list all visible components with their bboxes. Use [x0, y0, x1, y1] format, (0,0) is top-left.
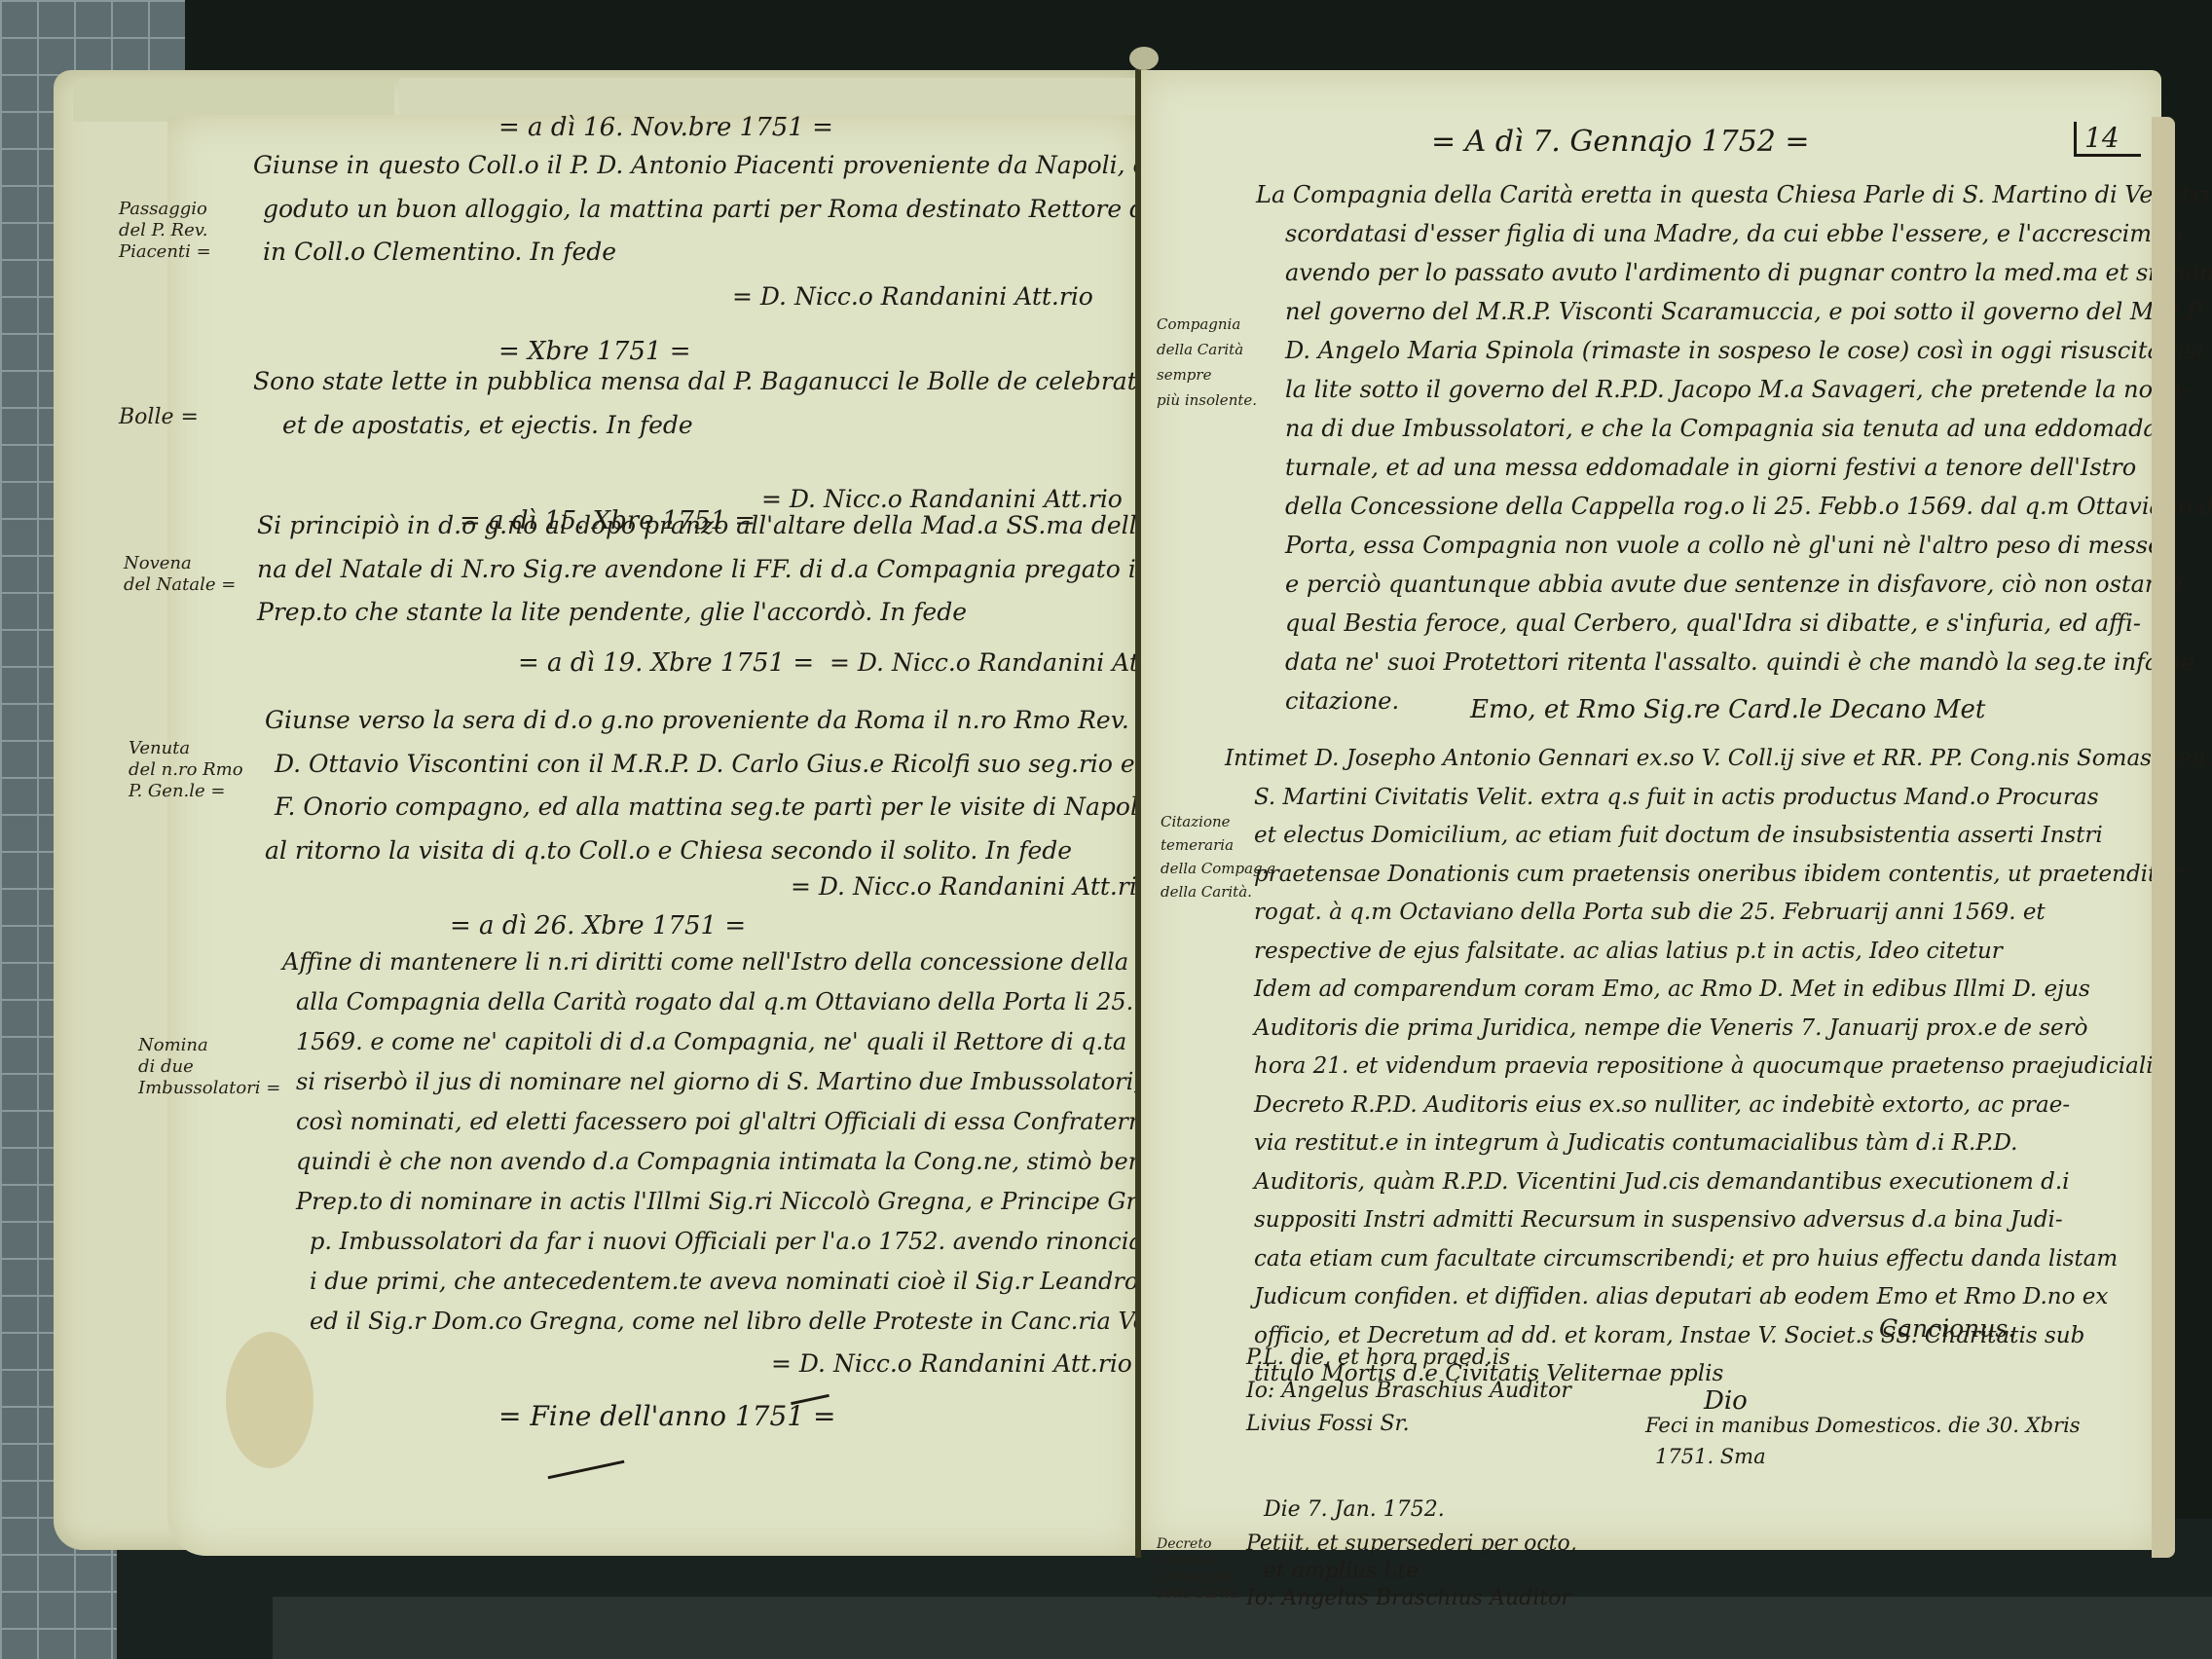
signature: = D. Nicc.o Randanini Att.rio	[791, 872, 1152, 901]
citation-signature: Cancionus.	[1879, 1314, 2015, 1343]
flourish	[548, 1460, 625, 1480]
citation-heading: Emo, et Rmo Sig.re Card.le Decano Met	[1470, 695, 1985, 724]
execution-note: Feci in manibus Domesticos. die 30. Xbri…	[1645, 1410, 2081, 1472]
entry-date: = a dì 19. Xbre 1751 =	[518, 648, 814, 678]
signature: = D. Nicc.o Randanini Att.rio	[771, 1349, 1132, 1378]
margin-note: Venuta del n.ro Rmo P. Gen.le =	[129, 738, 243, 802]
entry-date: = a dì 16. Nov.bre 1751 =	[498, 113, 833, 142]
margin-note: Decreto contro la Compagnia della Carità…	[1157, 1536, 1242, 1603]
right-page: = A dì 7. Gennajo 1752 = Compagnia della…	[1139, 70, 2161, 1550]
book-spine-gutter	[1135, 58, 1141, 1558]
decree-date: Die 7. Jan. 1752.	[1264, 1497, 1445, 1522]
citation-text: Intimet D. Josepho Antonio Gennari ex.so…	[1225, 740, 2212, 1394]
cover-edge	[399, 78, 1159, 117]
margin-note: Nomina di due Imbussolatori =	[138, 1035, 280, 1099]
book-stand	[273, 1597, 2212, 1659]
left-page: = a dì 16. Nov.bre 1751 = Passaggio del …	[167, 115, 1141, 1556]
signature: = D. Nicc.o Randanini Att.rio	[732, 282, 1093, 311]
binding-knot	[1129, 47, 1159, 70]
narrative-text: La Compagnia della Carità eretta in ques…	[1256, 175, 2212, 720]
water-stain	[226, 1332, 313, 1468]
year-closing: = Fine dell'anno 1751 =	[498, 1400, 836, 1432]
page-number: 14	[2074, 122, 2141, 157]
margin-note: Bolle =	[119, 407, 199, 428]
margin-note: Passaggio del P. Rev. Piacenti =	[119, 199, 211, 263]
entry-text: Giunse in questo Coll.o il P. D. Antonio…	[253, 144, 1277, 275]
notary-text: P.L. die, et hora praed.is Io: Angelus B…	[1246, 1342, 1571, 1441]
entry-text: Sono state lette in pubblica mensa dal P…	[253, 360, 1286, 447]
entry-date: = A dì 7. Gennajo 1752 =	[1431, 125, 1810, 159]
margin-note: Compagnia della Carità sempre più insole…	[1157, 312, 1257, 413]
entry-date: = a dì 26. Xbre 1751 =	[450, 911, 746, 940]
page-edges	[2152, 117, 2175, 1558]
decree-text: Petiit, et supersederi per octo, et ampl…	[1246, 1530, 1577, 1612]
margin-note: Novena del Natale =	[124, 553, 236, 596]
